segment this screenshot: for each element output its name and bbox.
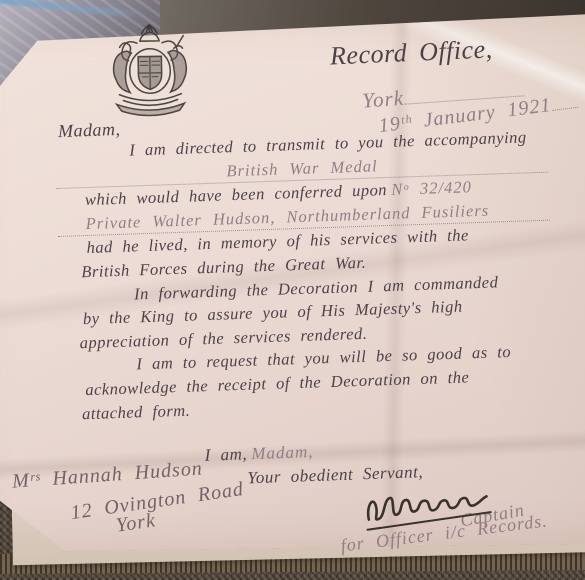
madam-handwritten: Madam,: [251, 442, 314, 463]
i-am-text: I am,: [204, 444, 247, 464]
royal-coat-of-arms-icon: [91, 19, 209, 123]
service-number: Nᵒ 32/420: [391, 177, 472, 199]
letter-body: I am directed to transmit to you the acc…: [55, 125, 556, 426]
photo-of-letter: Record Office, York 19ᵗʰ January 1921 Ma…: [0, 0, 585, 580]
signature-scrawl: [358, 474, 511, 536]
dotted-rule: [549, 87, 577, 111]
